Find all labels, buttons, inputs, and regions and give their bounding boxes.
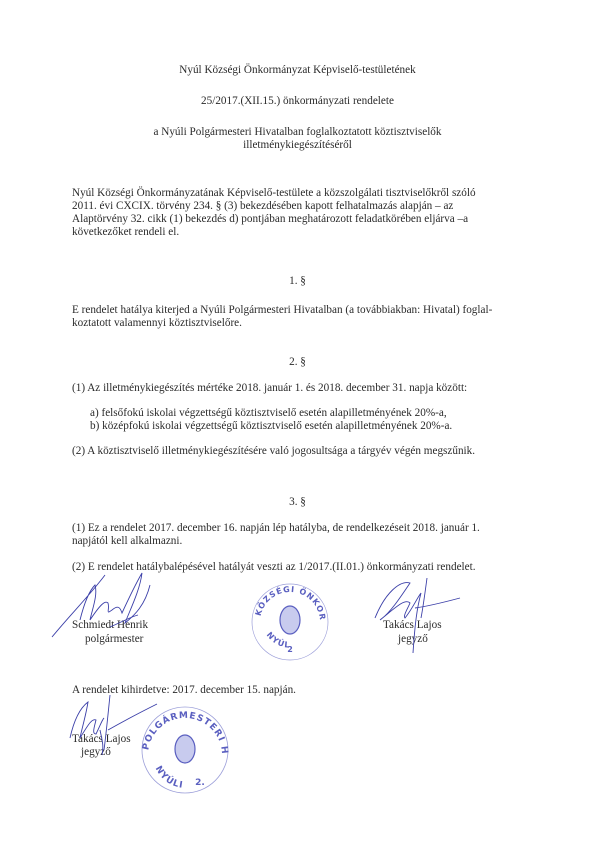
- promulgation-text: A rendelet kihirdetve: 2017. december 15…: [72, 684, 296, 698]
- section-1-heading: 1. §: [0, 275, 595, 289]
- issuer-title: Nyúl Községi Önkormányzat Képviselő-test…: [0, 64, 595, 78]
- preamble-line-4: következőket rendeli el.: [72, 226, 179, 240]
- svg-text:NYÚLI: NYÚLI: [153, 764, 184, 790]
- section-3-para-2: (2) E rendelet hatálybalépésével hatályá…: [72, 561, 476, 575]
- svg-text:POLGÁRMESTERI HIVATAL: POLGÁRMESTERI HIVATAL: [140, 705, 229, 755]
- preamble-line-3: Alaptörvény 32. cikk (1) bekezdés d) pon…: [72, 213, 468, 227]
- section-2-heading: 2. §: [0, 356, 595, 370]
- svg-text:2: 2: [287, 645, 293, 654]
- decree-subject-line1: a Nyúli Polgármesteri Hivatalban foglalk…: [0, 126, 595, 140]
- decree-subject-line2: illetménykiegészítéséről: [0, 139, 595, 153]
- notary-title: jegyző: [398, 633, 428, 647]
- section-1-line-2: koztatott valamennyi köztisztviselőre.: [72, 317, 242, 331]
- svg-text:NYÚL: NYÚL: [265, 630, 291, 649]
- notary-name: Takács Lajos: [383, 619, 442, 633]
- section-1-line-1: E rendelet hatálya kiterjed a Nyúli Polg…: [72, 304, 492, 318]
- section-2-item-a: a) felsőfokú iskolai végzettségű köztisz…: [90, 407, 447, 421]
- section-2-para-1: (1) Az illetménykiegészítés mértéke 2018…: [72, 382, 467, 396]
- section-2-para-2: (2) A köztisztviselő illetménykiegészíté…: [72, 445, 475, 459]
- promulgation-notary-signature: [62, 690, 162, 760]
- svg-text:2.: 2.: [195, 778, 205, 788]
- promulgation-notary-title: jegyző: [81, 746, 111, 760]
- section-3-para-1-line-1: (1) Ez a rendelet 2017. december 16. nap…: [72, 522, 480, 536]
- decree-number: 25/2017.(XII.15.) önkormányzati rendelet…: [0, 95, 595, 109]
- section-3-para-1-line-2: napjától kell alkalmazni.: [72, 535, 182, 549]
- preamble-line-1: Nyúl Községi Önkormányzatának Képviselő-…: [72, 187, 476, 201]
- mayor-title: polgármester: [85, 633, 143, 647]
- promulgation-notary-name: Takács Lajos: [72, 733, 131, 747]
- mayor-name: Schmiedt Henrik: [72, 619, 148, 633]
- svg-text:KÖZSÉGI ÖNKORMÁNYZAT: KÖZSÉGI ÖNKORMÁNYZAT: [250, 582, 327, 621]
- municipality-stamp: KÖZSÉGI ÖNKORMÁNYZAT NYÚL 2: [250, 582, 330, 662]
- document-page: Nyúl Községi Önkormányzat Képviselő-test…: [0, 0, 595, 842]
- office-stamp: POLGÁRMESTERI HIVATAL NYÚLI 2.: [140, 705, 230, 795]
- section-3-heading: 3. §: [0, 496, 595, 510]
- preamble-line-2: 2011. évi CXCIX. törvény 234. § (3) beke…: [72, 200, 453, 214]
- section-2-item-b: b) középfokú iskolai végzettségű köztisz…: [90, 420, 452, 434]
